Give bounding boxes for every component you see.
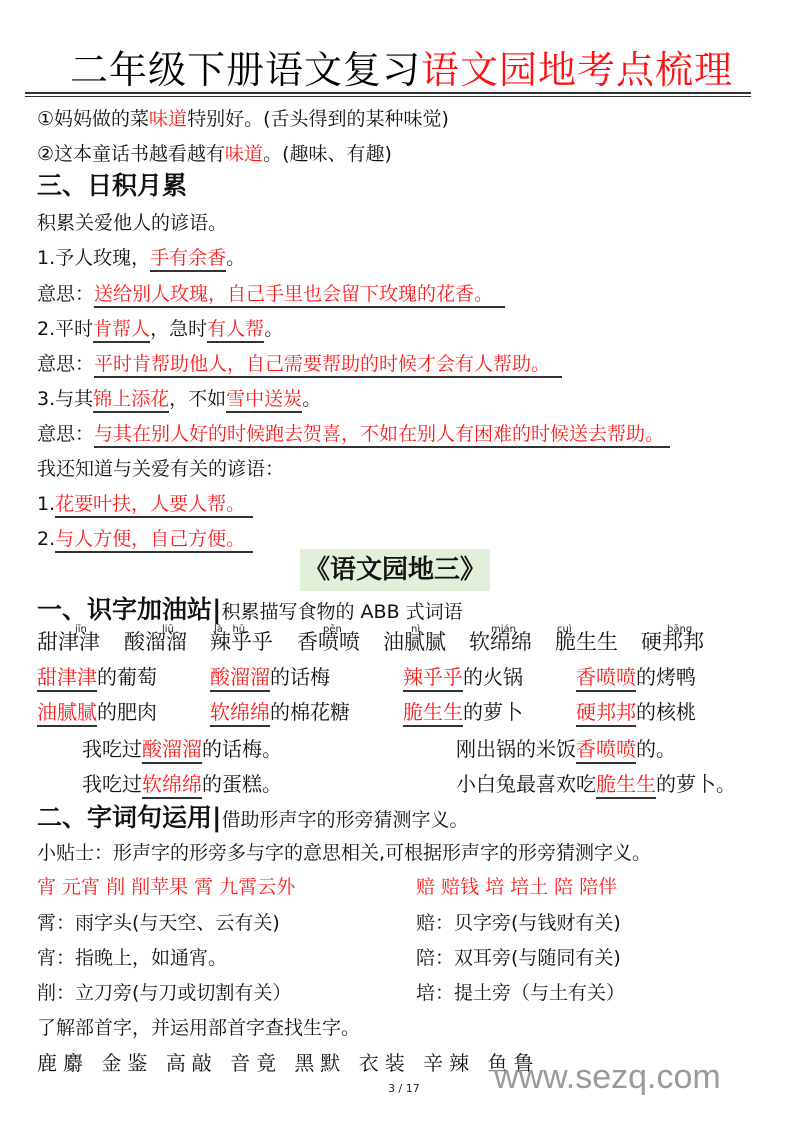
- abb-pairs-grid: 甜津津的葡萄 酸溜溜的话梅 辣乎乎的火锅 香喷喷的烤鸭 油腻腻的肥肉 软绵绵的棉…: [37, 664, 777, 734]
- sentence-answer: 脆生生: [596, 772, 656, 799]
- pinyin: là hū: [214, 618, 245, 642]
- title-black: 二年级下册语文复习: [70, 48, 421, 92]
- intro-text: ②这本童话书越看越有: [37, 143, 225, 165]
- meaning-3: 意思：与其在别人好的时候跑去贺喜，不如在别人有困难的时候送去帮助。: [37, 421, 670, 447]
- proverb-answer: 有人帮: [207, 318, 264, 343]
- pinyin: pēn: [323, 618, 342, 642]
- sentence-text: 我吃过: [82, 737, 142, 761]
- page-number: 3 / 17: [388, 1082, 420, 1095]
- title-rule-bottom: [25, 96, 751, 97]
- meaning-2: 意思：平时肯帮助他人，自己需要帮助的时候才会有人帮助。: [37, 351, 562, 377]
- pair-answer: 脆生生: [403, 700, 463, 727]
- pinyin: mián: [491, 618, 516, 642]
- abb-word: liū酸溜溜: [124, 630, 187, 654]
- abb-word-row: jīn甜津津 liū酸溜溜 là hū辣乎乎 pēn香喷喷 nì油腻腻 mián…: [37, 630, 777, 660]
- sentence-text: 的蛋糕。: [202, 772, 282, 796]
- abb-word: mián软绵绵: [469, 630, 532, 654]
- radical-intro: 了解部首字，并运用部首字查找生字。: [37, 1015, 360, 1041]
- sentence-text: 的萝卜。: [656, 772, 736, 796]
- page-title: 二年级下册语文复习语文园地考点梳理: [70, 46, 733, 94]
- pair-noun: 的葡萄: [97, 665, 157, 689]
- proverb-text: 2.平时: [37, 318, 93, 340]
- part1-heading: 一、识字加油站|积累描写食物的 ABB 式词语: [37, 594, 463, 628]
- proverb-3: 3.与其锦上添花，不如雪中送炭。: [37, 386, 321, 412]
- pair-noun: 的棉花糖: [270, 700, 350, 724]
- sentence: 小白兔最喜欢吃脆生生的萝卜。: [456, 771, 736, 797]
- meaning-answer: 平时肯帮助他人，自己需要帮助的时候才会有人帮助。: [94, 353, 562, 378]
- proverb-1: 1.予人玫瑰，手有余香。: [37, 245, 245, 271]
- sentence-text: 的话梅。: [202, 737, 282, 761]
- proverb-answer: 与人方便，自己方便。: [55, 528, 253, 553]
- pair-answer: 硬邦邦: [576, 700, 636, 727]
- more-proverbs-intro: 我还知道与关爱有关的谚语：: [37, 456, 284, 482]
- pair-item: 硬邦邦的核桃: [576, 699, 696, 725]
- sentence: 我吃过软绵绵的蛋糕。: [82, 771, 282, 797]
- red-chars-right: 赔 赔钱 培 培土 陪 陪伴: [416, 874, 617, 900]
- abb-word: jīn甜津津: [37, 630, 100, 654]
- proverb-text: ，不如: [169, 388, 226, 410]
- intro-line-2: ②这本童话书越看越有味道。(趣味、有趣): [37, 141, 392, 167]
- explain-left: 宵：指晚上，如通宵。: [37, 945, 227, 971]
- sentence-text: 我吃过: [82, 772, 142, 796]
- explain-right: 陪：双耳旁(与随同有关): [416, 945, 621, 971]
- pinyin: jīn: [75, 618, 87, 642]
- pair-noun: 的火锅: [463, 665, 523, 689]
- explain-left: 霄：雨字头(与天空、云有关): [37, 910, 280, 936]
- watermark: www.sezq.com: [494, 1058, 721, 1097]
- sentence-answer: 酸溜溜: [142, 737, 202, 764]
- part1-subtitle: 积累描写食物的 ABB 式词语: [222, 601, 463, 623]
- sentence-answer: 香喷喷: [576, 737, 636, 764]
- intro-text: 特别好。(舌头得到的某种味觉): [187, 108, 449, 130]
- sentence-text: 的。: [636, 737, 676, 761]
- proverb-answer: 手有余香: [150, 247, 226, 272]
- sentence-answer: 软绵绵: [142, 772, 202, 799]
- section-intro: 积累关爱他人的谚语。: [37, 210, 227, 236]
- pair-noun: 的萝卜: [463, 700, 523, 724]
- title-red: 语文园地考点梳理: [421, 48, 733, 92]
- part2-heading-text: 二、字词句运用: [37, 803, 212, 832]
- meaning-1: 意思：送给别人玫瑰，自己手里也会留下玫瑰的花香。: [37, 281, 505, 307]
- intro-text: ①妈妈做的菜: [37, 108, 149, 130]
- proverb-text: 3.与其: [37, 388, 93, 410]
- sentence: 我吃过酸溜溜的话梅。: [82, 736, 282, 762]
- intro-highlight: 味道: [149, 108, 187, 130]
- meaning-label: 意思：: [37, 353, 94, 375]
- abb-word: nì油腻腻: [383, 630, 446, 654]
- pair-noun: 的肥肉: [97, 700, 157, 724]
- sentence-text: 小白兔最喜欢吃: [456, 772, 596, 796]
- abb-word: bāng硬邦邦: [641, 630, 704, 654]
- pair-noun: 的烤鸭: [636, 665, 696, 689]
- meaning-answer: 送给别人玫瑰，自己手里也会留下玫瑰的花香。: [94, 283, 505, 308]
- word-text: 酸溜溜: [124, 630, 187, 654]
- pinyin: bāng: [667, 618, 692, 642]
- pinyin: nì: [411, 618, 420, 642]
- part2-subtitle: 借助形声字的形旁猜测字义。: [222, 809, 469, 831]
- section-heading: 三、日积月累: [37, 170, 187, 202]
- red-chars-left: 宵 元宵 削 削苹果 霄 九霄云外: [37, 874, 295, 900]
- more-proverb-1: 1.花要叶扶，人要人帮。: [37, 491, 253, 517]
- pair-item: 酸溜溜的话梅: [210, 664, 330, 690]
- proverb-text: 1.予人玫瑰，: [37, 247, 150, 269]
- pinyin: liū: [162, 618, 174, 642]
- intro-highlight: 味道: [225, 143, 263, 165]
- pair-item: 软绵绵的棉花糖: [210, 699, 350, 725]
- abb-word: pēn香喷喷: [297, 630, 360, 654]
- pair-noun: 的核桃: [636, 700, 696, 724]
- title-rule-top: [25, 92, 751, 94]
- pair-answer: 油腻腻: [37, 700, 97, 727]
- garden-title: 《语文园地三》: [300, 549, 490, 591]
- part2-heading: 二、字词句运用|借助形声字的形旁猜测字义。: [37, 802, 469, 836]
- explain-left: 削：立刀旁(与刀或切割有关）: [37, 980, 291, 1006]
- word-text: 甜津津: [37, 630, 100, 654]
- proverb-answer: 锦上添花: [93, 388, 169, 413]
- meaning-label: 意思：: [37, 283, 94, 305]
- pair-answer: 酸溜溜: [210, 665, 270, 692]
- proverb-text: 。: [302, 388, 321, 410]
- proverb-number: 1.: [37, 493, 55, 515]
- sentence-text: 刚出锅的米饭: [456, 737, 576, 761]
- abb-word: cuì脆生生: [555, 630, 618, 654]
- proverb-number: 2.: [37, 528, 55, 550]
- pair-item: 甜津津的葡萄: [37, 664, 157, 690]
- intro-text: 。(趣味、有趣): [263, 143, 392, 165]
- pair-answer: 香喷喷: [576, 665, 636, 692]
- pair-noun: 的话梅: [270, 665, 330, 689]
- explain-right: 赔：贝字旁(与钱财有关): [416, 910, 621, 936]
- pair-answer: 甜津津: [37, 665, 97, 692]
- part1-heading-text: 一、识字加油站: [37, 595, 212, 624]
- pair-item: 油腻腻的肥肉: [37, 699, 157, 725]
- meaning-label: 意思：: [37, 423, 94, 445]
- abb-word: là hū辣乎乎: [210, 630, 273, 654]
- explain-right: 培：提土旁（与土有关）: [416, 980, 625, 1006]
- pinyin: cuì: [557, 618, 572, 642]
- proverb-2: 2.平时肯帮人，急时有人帮。: [37, 316, 283, 342]
- proverb-text: 。: [226, 247, 245, 269]
- sentence: 刚出锅的米饭香喷喷的。: [456, 736, 676, 762]
- pair-item: 辣乎乎的火锅: [403, 664, 523, 690]
- meaning-answer: 与其在别人好的时候跑去贺喜，不如在别人有困难的时候送去帮助。: [94, 423, 670, 448]
- more-proverb-2: 2.与人方便，自己方便。: [37, 526, 253, 552]
- radical-pairs: 鹿麝 金鉴 高敲 音竟 黑默 衣装 辛辣 鱼鲁: [37, 1047, 540, 1076]
- pair-answer: 辣乎乎: [403, 665, 463, 692]
- proverb-answer: 肯帮人: [93, 318, 150, 343]
- proverb-text: 。: [264, 318, 283, 340]
- pair-item: 脆生生的萝卜: [403, 699, 523, 725]
- proverb-text: ，急时: [150, 318, 207, 340]
- intro-line-1: ①妈妈做的菜味道特别好。(舌头得到的某种味觉): [37, 106, 449, 132]
- tip-text: 小贴士：形声字的形旁多与字的意思相关,可根据形声字的形旁猜测字义。: [37, 840, 651, 866]
- divider-bar: |: [212, 803, 222, 833]
- proverb-answer: 花要叶扶，人要人帮。: [55, 493, 253, 518]
- pair-item: 香喷喷的烤鸭: [576, 664, 696, 690]
- proverb-answer: 雪中送炭: [226, 388, 302, 413]
- pair-answer: 软绵绵: [210, 700, 270, 727]
